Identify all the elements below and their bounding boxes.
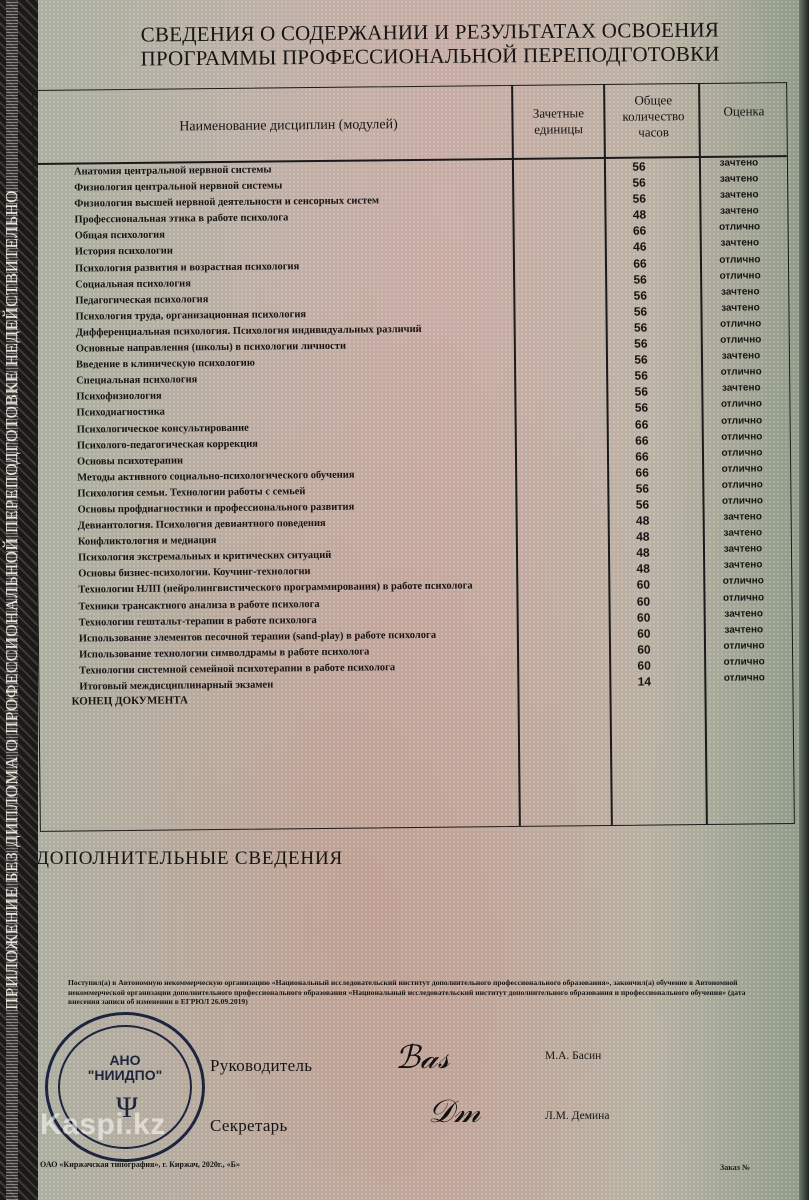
total-hours: 66 (620, 224, 660, 238)
grade: отлично (700, 222, 780, 234)
discipline-name: Использование технологии символдрамы в р… (79, 646, 369, 660)
grade: отлично (701, 366, 781, 378)
header-grade: Оценка (701, 103, 786, 120)
head-role-label: Руководитель (210, 1056, 312, 1076)
discipline-name: Психологическое консультирование (77, 422, 249, 435)
record-number: Заказ № (720, 1163, 750, 1172)
discipline-name: Основы бизнес-психологии. Коучинг-технол… (78, 566, 310, 579)
discipline-name: Технологии системной семейной психотерап… (79, 662, 395, 676)
total-hours: 14 (624, 674, 664, 688)
discipline-name: История психологии (75, 246, 173, 258)
grade: отлично (702, 463, 782, 475)
discipline-name: Психодиагностика (76, 407, 164, 419)
discipline-name: Общая психология (75, 230, 165, 242)
total-hours: 60 (623, 594, 663, 608)
discipline-name: Итоговый междисциплинарный экзамен (79, 679, 273, 692)
grade: зачтено (700, 238, 780, 250)
total-hours: 56 (621, 320, 661, 334)
total-hours: 46 (620, 240, 660, 254)
discipline-name: Основные направления (школы) в психологи… (76, 341, 346, 355)
grade: зачтено (699, 173, 779, 185)
discipline-name: Дифференциальная психология. Психология … (76, 324, 422, 339)
total-hours: 56 (619, 192, 659, 206)
discipline-name: Психофизиология (76, 391, 161, 403)
grade: отлично (701, 318, 781, 330)
total-hours: 56 (620, 272, 660, 286)
secretary-name: Л.М. Демина (545, 1110, 609, 1122)
total-hours: 56 (622, 497, 662, 511)
total-hours: 60 (623, 578, 663, 592)
total-hours: 56 (621, 385, 661, 399)
total-hours: 60 (624, 658, 664, 672)
header-discipline-name: Наименование дисциплин (модулей) (73, 116, 503, 137)
total-hours: 56 (620, 304, 660, 318)
header-credits: Зачетные единицы (515, 105, 601, 138)
total-hours: 66 (622, 449, 662, 463)
grade: отлично (704, 640, 784, 652)
grade: отлично (701, 334, 781, 346)
head-name: М.А. Басин (545, 1050, 601, 1062)
discipline-name: Анатомия центральной нервной системы (74, 164, 272, 177)
total-hours: 56 (621, 336, 661, 350)
printer-imprint: ОАО «Киржачская типография», г. Киржач, … (40, 1160, 240, 1169)
grade: зачтено (700, 302, 780, 314)
total-hours: 66 (622, 417, 662, 431)
additional-info-note: Поступил(а) в Автономную некоммерческую … (68, 978, 758, 1007)
discipline-name: Специальная психология (76, 374, 197, 386)
head-signature: ℬ𝒶𝓈 (395, 1038, 450, 1077)
watermark-logo: Kaspi.kz (40, 1108, 166, 1142)
discipline-name: Технологии гештальт-терапии в работе пси… (79, 615, 317, 628)
discipline-name: Основы психотерапии (77, 455, 183, 467)
grade: отлично (704, 656, 784, 668)
grade: отлично (701, 399, 781, 411)
total-hours: 56 (621, 353, 661, 367)
grade: зачтено (704, 608, 784, 620)
discipline-name: Методы активного социально-психологическ… (77, 469, 354, 483)
grade: зачтено (703, 511, 783, 523)
discipline-name: Техники трансактного анализа в работе пс… (78, 599, 319, 613)
grade: отлично (702, 495, 782, 507)
grade: зачтено (703, 559, 783, 571)
seal-line-2: "НИИДПО" (48, 1068, 202, 1083)
total-hours: 48 (623, 513, 663, 527)
total-hours: 66 (620, 256, 660, 270)
discipline-name: Введение в клиническую психологию (76, 358, 255, 371)
table-body: Анатомия центральной нервной системы56за… (34, 157, 793, 712)
total-hours: 56 (619, 176, 659, 190)
header-total-hours: Общее количество часов (618, 92, 688, 141)
total-hours: 60 (624, 610, 664, 624)
total-hours: 56 (621, 401, 661, 415)
total-hours: 48 (623, 546, 663, 560)
grade: отлично (702, 431, 782, 443)
side-security-text: ПРИЛОЖЕНИЕ БЕЗ ДИПЛОМА О ПРОФЕССИОНАЛЬНО… (2, 10, 22, 1190)
discipline-name: Физиология центральной нервной системы (74, 180, 282, 193)
seal-line-1: АНО (48, 1053, 202, 1068)
total-hours: 48 (623, 530, 663, 544)
total-hours: 56 (620, 288, 660, 302)
additional-info-title: ДОПОЛНИТЕЛЬНЫЕ СВЕДЕНИЯ (36, 848, 343, 870)
secretary-signature: 𝒟𝓂 (428, 1092, 481, 1131)
total-hours: 48 (619, 208, 659, 222)
total-hours: 66 (622, 465, 662, 479)
total-hours: 60 (624, 642, 664, 656)
secretary-role-label: Секретарь (210, 1116, 288, 1136)
discipline-name: Технологии НЛП (нейролингвистического пр… (78, 581, 472, 596)
discipline-name: Психология труда, организационная психол… (75, 309, 306, 322)
discipline-name: Конфликтология и медиация (78, 535, 217, 547)
page-title: СВЕДЕНИЯ О СОДЕРЖАНИИ И РЕЗУЛЬТАТАХ ОСВО… (90, 17, 770, 71)
grade: зачтено (699, 157, 779, 169)
total-hours: 56 (619, 159, 659, 173)
total-hours: 66 (622, 433, 662, 447)
grade: отлично (703, 576, 783, 588)
discipline-name: Девиантология. Психология девиантного по… (78, 518, 326, 532)
grade: зачтено (703, 543, 783, 555)
title-line-2: ПРОГРАММЫ ПРОФЕССИОНАЛЬНОЙ ПЕРЕПОДГОТОВК… (90, 41, 770, 71)
discipline-name: Психология экстремальных и критических с… (78, 550, 331, 564)
discipline-name: Физиология высшей нервной деятельности и… (74, 196, 379, 210)
decorative-right-border (799, 0, 809, 1200)
grade: отлично (703, 592, 783, 604)
discipline-name: Психология семьи. Технологии работы с се… (77, 486, 305, 499)
grade: зачтено (699, 205, 779, 217)
discipline-name: Основы профдиагностики и профессионально… (77, 502, 354, 516)
grade: зачтено (700, 286, 780, 298)
grade: отлично (702, 415, 782, 427)
grade: зачтено (701, 350, 781, 362)
total-hours: 60 (624, 626, 664, 640)
discipline-name: Педагогическая психология (75, 294, 208, 306)
grade: отлично (702, 479, 782, 491)
grade: отлично (702, 447, 782, 459)
grade: зачтено (704, 624, 784, 636)
discipline-name: Психолого-педагогическая коррекция (77, 438, 258, 451)
discipline-name: Использование элементов песочной терапии… (79, 629, 436, 644)
grade: отлично (700, 254, 780, 266)
grade: отлично (700, 270, 780, 282)
grade: зачтено (701, 382, 781, 394)
total-hours: 56 (622, 481, 662, 495)
disciplines-table: Наименование дисциплин (модулей) Зачетны… (32, 82, 795, 832)
grade: зачтено (703, 527, 783, 539)
grade: отлично (704, 672, 784, 684)
discipline-name: Профессиональная этика в работе психолог… (74, 213, 288, 226)
total-hours: 56 (621, 369, 661, 383)
discipline-name: Социальная психология (75, 278, 191, 290)
total-hours: 48 (623, 562, 663, 576)
discipline-name: Психология развития и возрастная психоло… (75, 261, 299, 274)
grade: зачтено (699, 189, 779, 201)
seal-text: АНО "НИИДПО" (48, 1053, 202, 1083)
